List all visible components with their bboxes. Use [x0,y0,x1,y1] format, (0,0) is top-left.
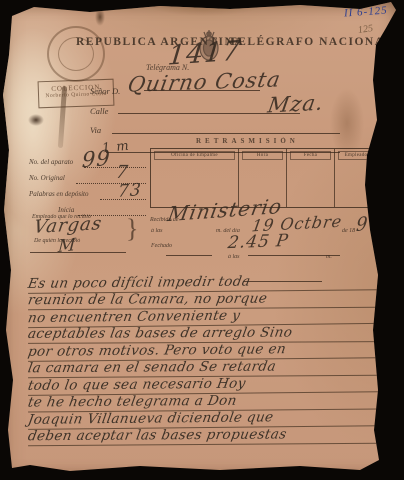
column-header: Oficina de Empalme [154,151,235,160]
via-label: Via [90,125,101,135]
palabras-value: 73 [117,180,142,202]
a-las-line [166,245,212,256]
retransmission-title: RETRASMISIÓN [196,137,299,145]
message-text: no encuentren Conveniente y [27,306,388,326]
original-label: No. Original [29,174,65,182]
a-las-label: á las [151,228,163,234]
hora-value: 2.45 P [227,231,290,253]
header-service: TELÉGRAFO NACIONAL [229,36,394,48]
message-text: deben aceptar las bases propuestas [27,426,388,445]
message-text: Es un poco difícil impedir toda [27,272,388,292]
senor-value: Quirno Costa [126,67,283,96]
table-column: Fecha [287,149,335,207]
de-quien-value: M [57,235,77,257]
catalog-number-pencil: 125 [357,23,373,36]
m-label: m. [326,254,332,260]
aparato-label: No. del aparato [29,158,73,166]
message-text: Joaquin Villanueva diciendole que [27,408,388,428]
calle-value: Mza. [266,90,326,117]
message-text: aceptables las bases de arreglo Sino [27,324,388,342]
calle-line [112,123,340,134]
telegram-number-value: 1417 [166,35,242,71]
fechado-label: Fechado [151,243,172,249]
de-18-label: de 18 [342,228,355,234]
de-18-hand-value: 9 [355,213,369,237]
message-line: deben aceptar las bases propuestas [28,426,386,446]
calle-label: Calle [90,106,108,116]
catalog-number-ink: II 6-125 [344,4,388,19]
photo-background: II 6-125 125 REPUBLICA ARGENTINA TELÉGRA… [0,0,404,480]
palabras-label: Palabras en depósito [29,190,89,198]
senor-label: Señor D. [90,86,120,96]
table-column: Empleado [335,149,377,207]
column-header: Hora [242,151,283,160]
aparato-value: 99 [81,146,111,173]
column-header: Empleado [338,151,374,160]
message-text: la camara en el senado Se retarda [27,358,388,377]
column-header: Fecha [290,151,331,160]
paper-stain [28,114,44,126]
a-las-2-label: á las [228,254,240,260]
telegram-form: II 6-125 125 REPUBLICA ARGENTINA TELÉGRA… [0,0,404,480]
circular-postmark-icon [47,26,105,82]
inicia-label: Inicia [58,206,74,214]
bracket-glyph: } [126,214,138,244]
paper-stain [95,8,105,26]
paper-stain [150,0,260,16]
message-text: por otros motivos. Pero voto que en [27,340,388,360]
original-value: 7 [115,162,130,183]
